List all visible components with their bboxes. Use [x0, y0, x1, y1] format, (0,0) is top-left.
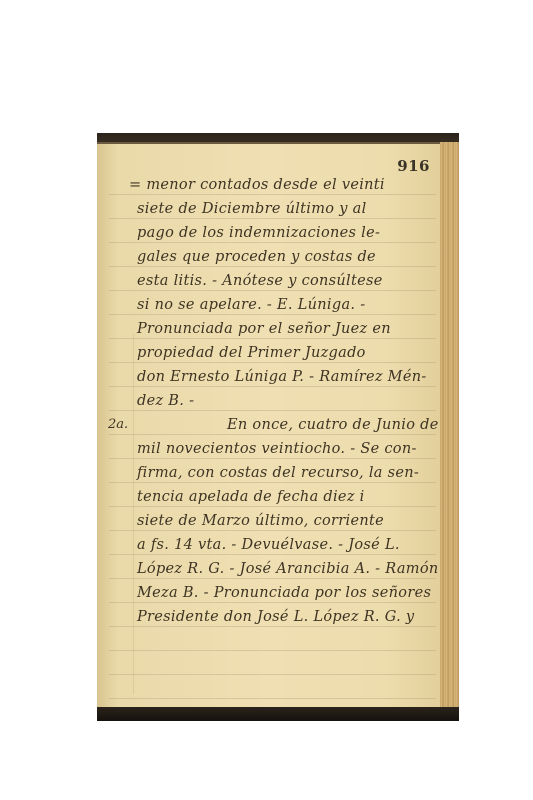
page-lower-content — [97, 142, 440, 708]
binding-bottom-band — [97, 707, 459, 721]
page-edge-stack — [440, 142, 459, 708]
